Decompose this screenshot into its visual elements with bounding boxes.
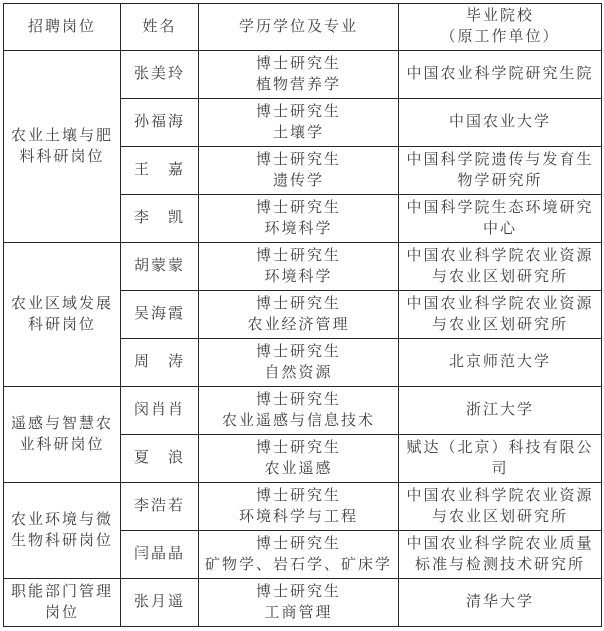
school-cell: 中国农业科学院农业资源与农业区划研究所 — [399, 291, 602, 339]
major-line: 农业遥感 — [205, 459, 392, 480]
degree-line: 博士研究生 — [205, 582, 392, 603]
table-row: 职能部门管理岗位 张月遥 博士研究生 工商管理 清华大学 — [4, 579, 602, 627]
table-row: 农业土壤与肥料科研岗位 张美玲 博士研究生 植物营养学 中国农业科学院研究生院 — [4, 51, 602, 99]
recruitment-table: 招聘岗位 姓名 学历学位及专业 毕业院校 （原工作单位） 农业土壤与肥料科研岗位… — [3, 3, 602, 627]
degree-line: 博士研究生 — [205, 534, 392, 555]
school-cell: 中国农业科学院农业资源与农业区划研究所 — [399, 243, 602, 291]
major-line: 植物营养学 — [205, 75, 392, 96]
degree-line: 博士研究生 — [205, 198, 392, 219]
major-line: 矿物学、岩石学、矿床学 — [205, 555, 392, 576]
school-cell: 中国科学院生态环境研究中心 — [399, 195, 602, 243]
degree-cell: 博士研究生 环境科学 — [199, 195, 399, 243]
col-header-school-line2: （原工作单位） — [405, 27, 595, 48]
degree-cell: 博士研究生 矿物学、岩石学、矿床学 — [199, 531, 399, 579]
major-line: 工商管理 — [205, 603, 392, 624]
degree-cell: 博士研究生 环境科学 — [199, 243, 399, 291]
table-row: 农业区域发展科研岗位 胡蒙蒙 博士研究生 环境科学 中国农业科学院农业资源与农业… — [4, 243, 602, 291]
degree-line: 博士研究生 — [205, 486, 392, 507]
school-cell: 北京师范大学 — [399, 339, 602, 387]
degree-cell: 博士研究生 植物营养学 — [199, 51, 399, 99]
col-header-name: 姓名 — [121, 4, 199, 51]
col-header-school-line1: 毕业院校 — [405, 6, 595, 27]
name-cell: 胡蒙蒙 — [121, 243, 199, 291]
position-cell: 遥感与智慧农业科研岗位 — [4, 387, 121, 483]
major-line: 自然资源 — [205, 363, 392, 384]
name-cell: 闵肖肖 — [121, 387, 199, 435]
major-line: 土壤学 — [205, 123, 392, 144]
school-cell: 中国农业科学院研究生院 — [399, 51, 602, 99]
degree-cell: 博士研究生 农业经济管理 — [199, 291, 399, 339]
table-row: 遥感与智慧农业科研岗位 闵肖肖 博士研究生 农业遥感与信息技术 浙江大学 — [4, 387, 602, 435]
major-line: 农业遥感与信息技术 — [205, 411, 392, 432]
school-cell: 浙江大学 — [399, 387, 602, 435]
col-header-school: 毕业院校 （原工作单位） — [399, 4, 602, 51]
school-cell: 赋达（北京）科技有限公司 — [399, 435, 602, 483]
major-line: 农业经济管理 — [205, 315, 392, 336]
name-cell: 闫晶晶 — [121, 531, 199, 579]
degree-line: 博士研究生 — [205, 246, 392, 267]
degree-cell: 博士研究生 遗传学 — [199, 147, 399, 195]
degree-line: 博士研究生 — [205, 102, 392, 123]
major-line: 环境科学 — [205, 267, 392, 288]
header-row: 招聘岗位 姓名 学历学位及专业 毕业院校 （原工作单位） — [4, 4, 602, 51]
document-page: 招聘岗位 姓名 学历学位及专业 毕业院校 （原工作单位） 农业土壤与肥料科研岗位… — [0, 0, 604, 630]
major-line: 环境科学与工程 — [205, 507, 392, 528]
school-cell: 中国农业科学院农业资源与农业区划研究所 — [399, 483, 602, 531]
degree-cell: 博士研究生 土壤学 — [199, 99, 399, 147]
name-cell: 李 凯 — [121, 195, 199, 243]
school-cell: 中国农业科学院农业质量标准与检测技术研究所 — [399, 531, 602, 579]
position-cell: 农业区域发展科研岗位 — [4, 243, 121, 387]
school-cell: 中国农业大学 — [399, 99, 602, 147]
name-cell: 周 涛 — [121, 339, 199, 387]
degree-cell: 博士研究生 自然资源 — [199, 339, 399, 387]
name-cell: 李浩若 — [121, 483, 199, 531]
degree-cell: 博士研究生 农业遥感与信息技术 — [199, 387, 399, 435]
col-header-position: 招聘岗位 — [4, 4, 121, 51]
school-cell: 中国科学院遗传与发育生物学研究所 — [399, 147, 602, 195]
degree-line: 博士研究生 — [205, 54, 392, 75]
degree-line: 博士研究生 — [205, 390, 392, 411]
name-cell: 夏 浪 — [121, 435, 199, 483]
school-cell: 清华大学 — [399, 579, 602, 627]
degree-line: 博士研究生 — [205, 294, 392, 315]
position-cell: 农业环境与微生物科研岗位 — [4, 483, 121, 579]
name-cell: 孙福海 — [121, 99, 199, 147]
name-cell: 张月遥 — [121, 579, 199, 627]
degree-cell: 博士研究生 环境科学与工程 — [199, 483, 399, 531]
table-row: 农业环境与微生物科研岗位 李浩若 博士研究生 环境科学与工程 中国农业科学院农业… — [4, 483, 602, 531]
degree-line: 博士研究生 — [205, 342, 392, 363]
degree-line: 博士研究生 — [205, 438, 392, 459]
col-header-degree: 学历学位及专业 — [199, 4, 399, 51]
major-line: 环境科学 — [205, 219, 392, 240]
position-cell: 农业土壤与肥料科研岗位 — [4, 51, 121, 243]
major-line: 遗传学 — [205, 171, 392, 192]
name-cell: 吴海霞 — [121, 291, 199, 339]
degree-cell: 博士研究生 农业遥感 — [199, 435, 399, 483]
degree-cell: 博士研究生 工商管理 — [199, 579, 399, 627]
position-cell: 职能部门管理岗位 — [4, 579, 121, 627]
name-cell: 张美玲 — [121, 51, 199, 99]
degree-line: 博士研究生 — [205, 150, 392, 171]
name-cell: 王 嘉 — [121, 147, 199, 195]
